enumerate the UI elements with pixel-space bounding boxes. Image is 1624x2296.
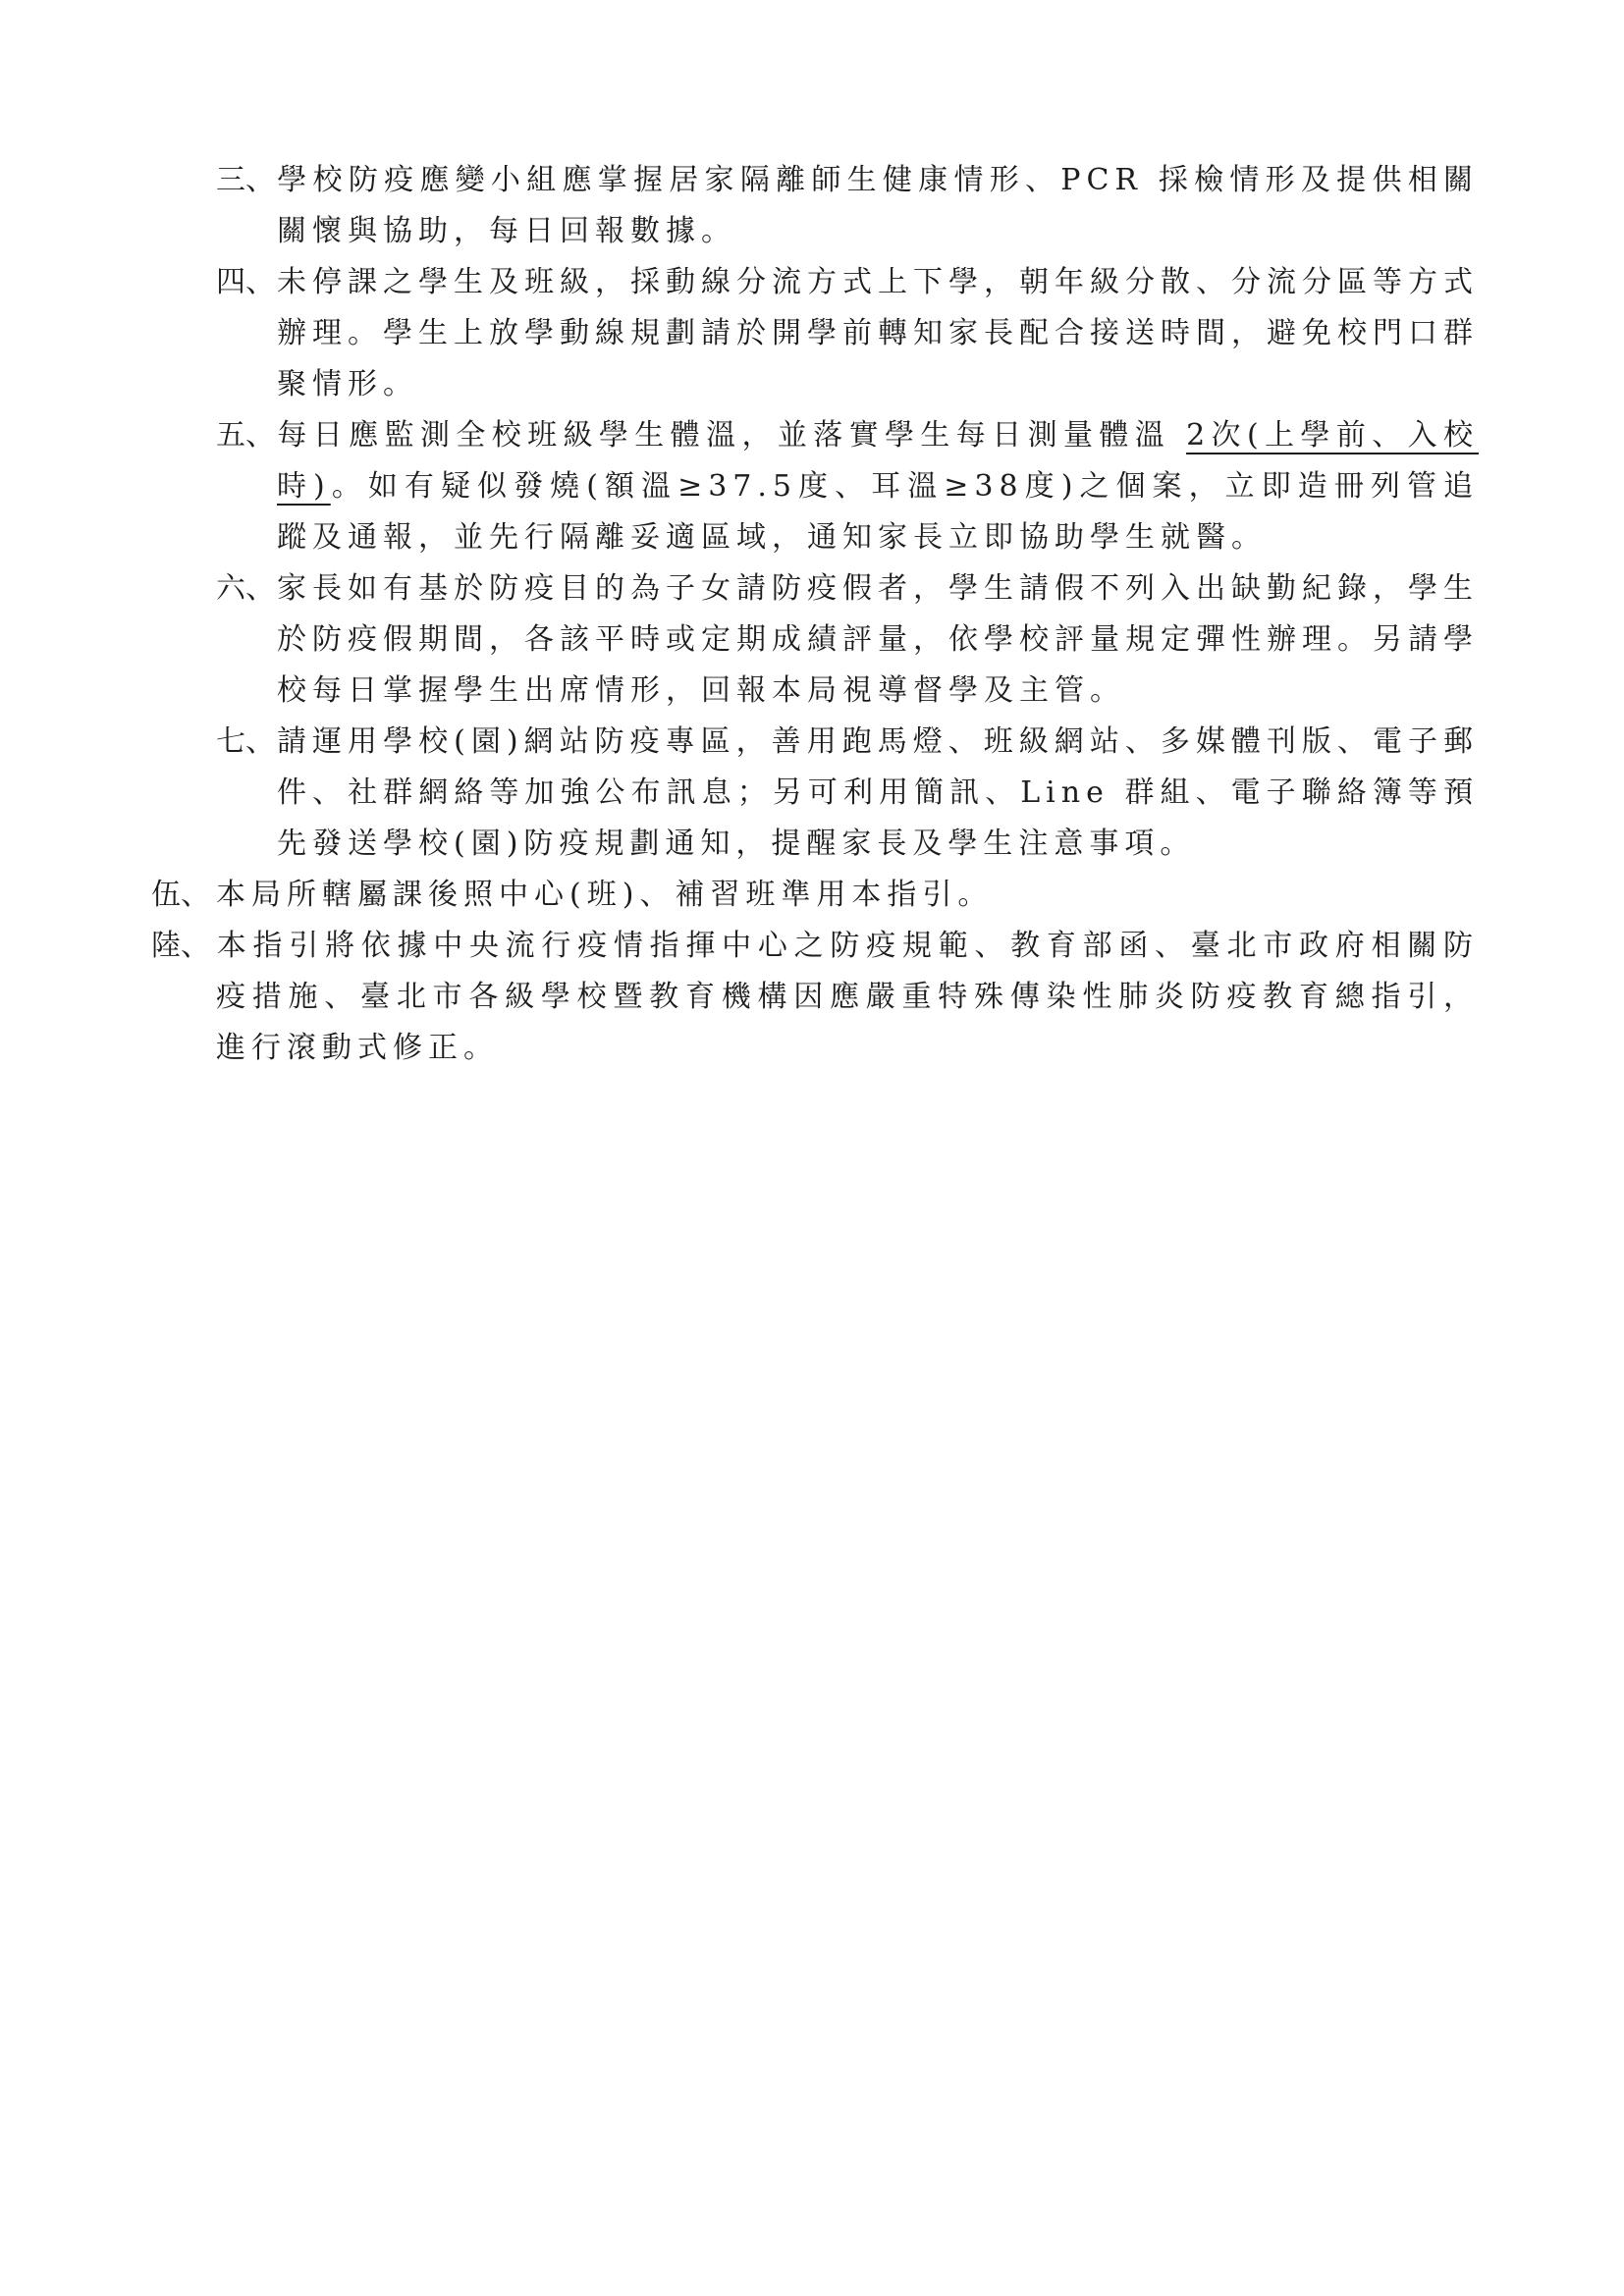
- item-number: 五、: [216, 410, 277, 461]
- document-page: 三、學校防疫應變小組應掌握居家隔離師生健康情形、PCR 採檢情形及提供相關關懷與…: [0, 0, 1624, 2296]
- list-item-4: 四、未停課之學生及班級，採動線分流方式上下學，朝年級分散、分流分區等方式辦理。學…: [216, 257, 1479, 410]
- item-number: 三、: [216, 155, 277, 206]
- item-number: 伍、: [151, 870, 216, 921]
- list-item-7: 七、請運用學校(園)網站防疫專區，善用跑馬燈、班級網站、多媒體刊版、電子郵件、社…: [216, 717, 1479, 870]
- list-item-6: 六、家長如有基於防疫目的為子女請防疫假者，學生請假不列入出缺勤紀錄，學生於防疫假…: [216, 563, 1479, 717]
- list-item-3: 三、學校防疫應變小組應掌握居家隔離師生健康情形、PCR 採檢情形及提供相關關懷與…: [216, 155, 1479, 257]
- item-text: 每日應監測全校班級學生體溫，並落實學生每日測量體溫: [277, 418, 1186, 453]
- item-text: 本局所轄屬課後照中心(班)、補習班準用本指引。: [216, 878, 993, 912]
- item-number: 陸、: [151, 921, 216, 972]
- item-text: 家長如有基於防疫目的為子女請防疫假者，學生請假不列入出缺勤紀錄，學生於防疫假期間…: [277, 571, 1479, 708]
- list-item-wu: 伍、本局所轄屬課後照中心(班)、補習班準用本指引。: [151, 870, 1479, 921]
- item-text: 未停課之學生及班級，採動線分流方式上下學，朝年級分散、分流分區等方式辦理。學生上…: [277, 265, 1479, 401]
- list-item-5: 五、每日應監測全校班級學生體溫，並落實學生每日測量體溫 2次(上學前、入校時)。…: [216, 410, 1479, 563]
- item-number: 六、: [216, 563, 277, 614]
- item-text: 學校防疫應變小組應掌握居家隔離師生健康情形、PCR 採檢情形及提供相關關懷與協助…: [277, 163, 1479, 248]
- item-text: 本指引將依據中央流行疫情指揮中心之防疫規範、教育部函、臺北市政府相關防疫措施、臺…: [216, 929, 1479, 1065]
- document-body: 三、學校防疫應變小組應掌握居家隔離師生健康情形、PCR 採檢情形及提供相關關懷與…: [0, 155, 1624, 1074]
- item-number: 四、: [216, 257, 277, 308]
- item-text: 。如有疑似發燒(額溫≥37.5度、耳溫≥38度)之個案，立即造冊列管追蹤及通報，…: [277, 469, 1479, 555]
- item-number: 七、: [216, 717, 277, 768]
- item-text: 請運用學校(園)網站防疫專區，善用跑馬燈、班級網站、多媒體刊版、電子郵件、社群網…: [277, 724, 1479, 861]
- list-item-liu: 陸、本指引將依據中央流行疫情指揮中心之防疫規範、教育部函、臺北市政府相關防疫措施…: [151, 921, 1479, 1074]
